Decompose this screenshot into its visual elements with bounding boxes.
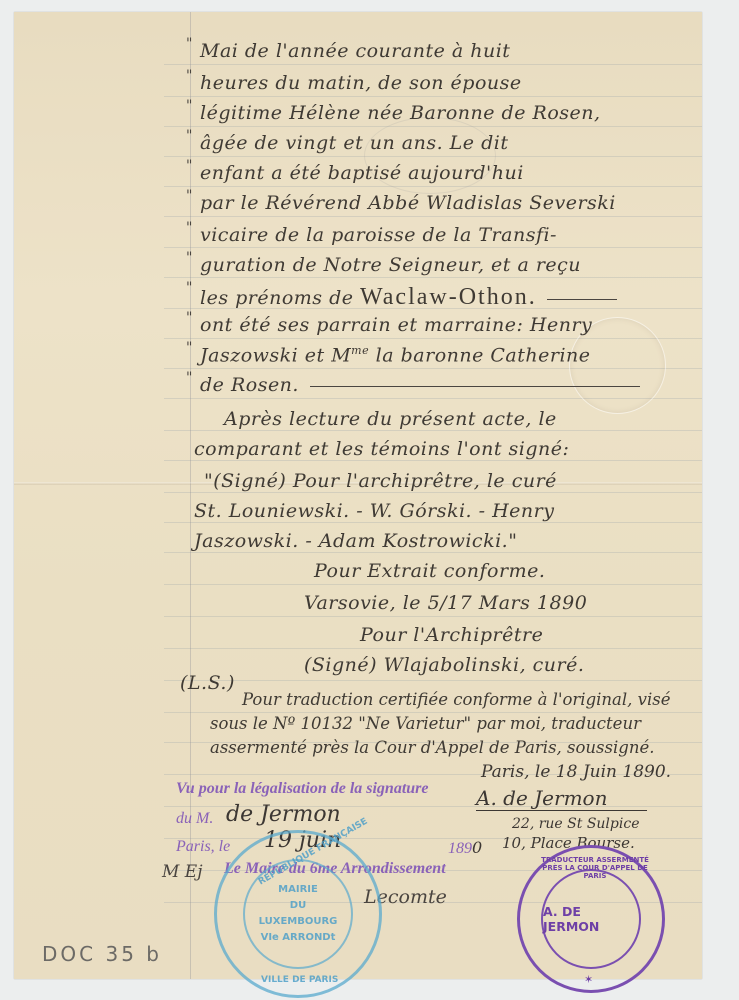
godfather-name: Jaszowski et M [200,344,351,366]
legalisation-heading: Vu pour la légalisation de la signature [176,780,429,798]
translation-line: assermenté près la Cour d'Appel de Paris… [210,738,654,757]
child-names: Waclaw-Othon. [360,284,537,310]
quote-mark: " [186,310,192,326]
stamp-center: MAIRIE DU LUXEMBOURG VIe ARRONDt [243,859,353,969]
quote-mark: " [186,250,192,266]
extract-for: Pour l'Archiprêtre [360,624,543,646]
archive-reference: DOC 35 b [42,942,162,966]
extract-place-date: Varsovie, le 5/17 Mars 1890 [304,592,587,614]
quote-mark: " [186,340,192,356]
body-line: enfant a été baptisé aujourd'hui [200,162,524,184]
body-line: Mai de l'année courante à huit [200,40,510,62]
quote-mark: " [186,36,192,52]
body-line: par le Révérend Abbé Wladislas Severski [200,192,616,214]
locus-sigilli-mark: (L.S.) [180,672,235,694]
quote-mark: " [186,280,192,296]
body-line: heures du matin, de son épouse [200,72,522,94]
translator-stamp: TRADUCTEUR ASSERMENTÉ PRÈS LA COUR D'APP… [517,845,665,993]
mairie-stamp: RÉPUBLIQUE FRANÇAISE VILLE DE PARIS MAIR… [214,830,382,998]
madame-superscript: me [351,344,369,357]
rosen-text: de Rosen. [200,374,299,396]
extract-heading: Pour Extrait conforme. [314,560,545,582]
body-line: St. Louniewski. - W. Górski. - Henry [194,500,554,522]
legalisation-du-m-label: du M. [176,810,213,828]
ruled-line [164,616,702,617]
extract-signed: (Signé) Wlajabolinski, curé. [304,654,584,676]
translator-signature: A. de Jermon [476,786,647,811]
stamp-ring: TRADUCTEUR ASSERMENTÉ PRÈS LA COUR D'APP… [540,856,650,880]
ruled-line [164,680,702,681]
ruled-line [164,712,702,713]
legalisation-year: 1890 [448,838,482,858]
stamp-line: MAIRIE [278,882,318,898]
year-suffix: 0 [472,838,482,857]
translation-line: Pour traduction certifiée conforme à l'o… [242,690,670,709]
stamp-name: A. DE JERMON [543,904,639,934]
body-line: ont été ses parrain et marraine: Henry [200,314,592,336]
ruled-line [164,492,702,493]
ruled-line [164,584,702,585]
body-line-rosen: de Rosen. [200,374,640,396]
ruled-line [164,648,702,649]
body-line: Après lecture du présent acte, le [224,408,557,430]
stamp-line: DU [290,898,306,914]
godmother-name: la baronne Catherine [376,344,591,366]
translator-place-date: Paris, le 18 Juin 1890. [481,762,671,782]
stamp-ring-bottom: VILLE DE PARIS [261,975,338,985]
quote-mark: " [186,370,192,386]
body-line: Jaszowski. - Adam Kostrowicki." [194,530,517,552]
document-page: " " " " " " " " " " " " Mai de l'année c… [14,12,702,979]
ruled-line [164,96,702,97]
translation-line: sous le Nº 10132 "Ne Varietur" par moi, … [210,714,641,733]
mayor-initials: M Ej [162,862,203,882]
body-line-godparents: Jaszowski et Mme la baronne Catherine [200,344,591,366]
ruled-line [164,552,702,553]
translator-address-1: 22, rue St Sulpice [512,816,639,832]
names-prefix: les prénoms de [200,287,354,309]
stamp-line: VIe ARRONDt [261,930,336,946]
star-icon: ✶ [584,973,593,986]
body-line: guration de Notre Seigneur, et a reçu [200,254,581,276]
body-line: vicaire de la paroisse de la Transfi- [200,224,557,246]
ruled-line [164,216,702,217]
body-line-names: les prénoms de Waclaw-Othon. [200,284,617,311]
ruled-line [164,64,702,65]
stamp-line: LUXEMBOURG [259,914,338,930]
legalisation-paris-label: Paris, le [176,838,230,856]
year-prefix: 189 [448,840,472,857]
ruled-line [164,460,702,461]
legalisation-du-m-value: de Jermon [226,802,341,827]
ruled-line [164,522,702,523]
ruled-line [164,247,702,248]
quote-mark: " [186,158,192,174]
body-line: âgée de vingt et un ans. Le dit [200,132,508,154]
fill-dash [310,386,640,387]
quote-mark: " [186,128,192,144]
quote-mark: " [186,68,192,84]
body-line: comparant et les témoins l'ont signé: [194,438,569,460]
body-line: légitime Hélène née Baronne de Rosen, [200,102,601,124]
stamp-center: A. DE JERMON [541,869,641,969]
ruled-line [164,277,702,278]
ruled-line [164,430,702,431]
body-line: "(Signé) Pour l'archiprêtre, le curé [204,470,557,492]
quote-mark: " [186,98,192,114]
quote-mark: " [186,220,192,236]
fill-dash [547,299,617,300]
quote-mark: " [186,188,192,204]
